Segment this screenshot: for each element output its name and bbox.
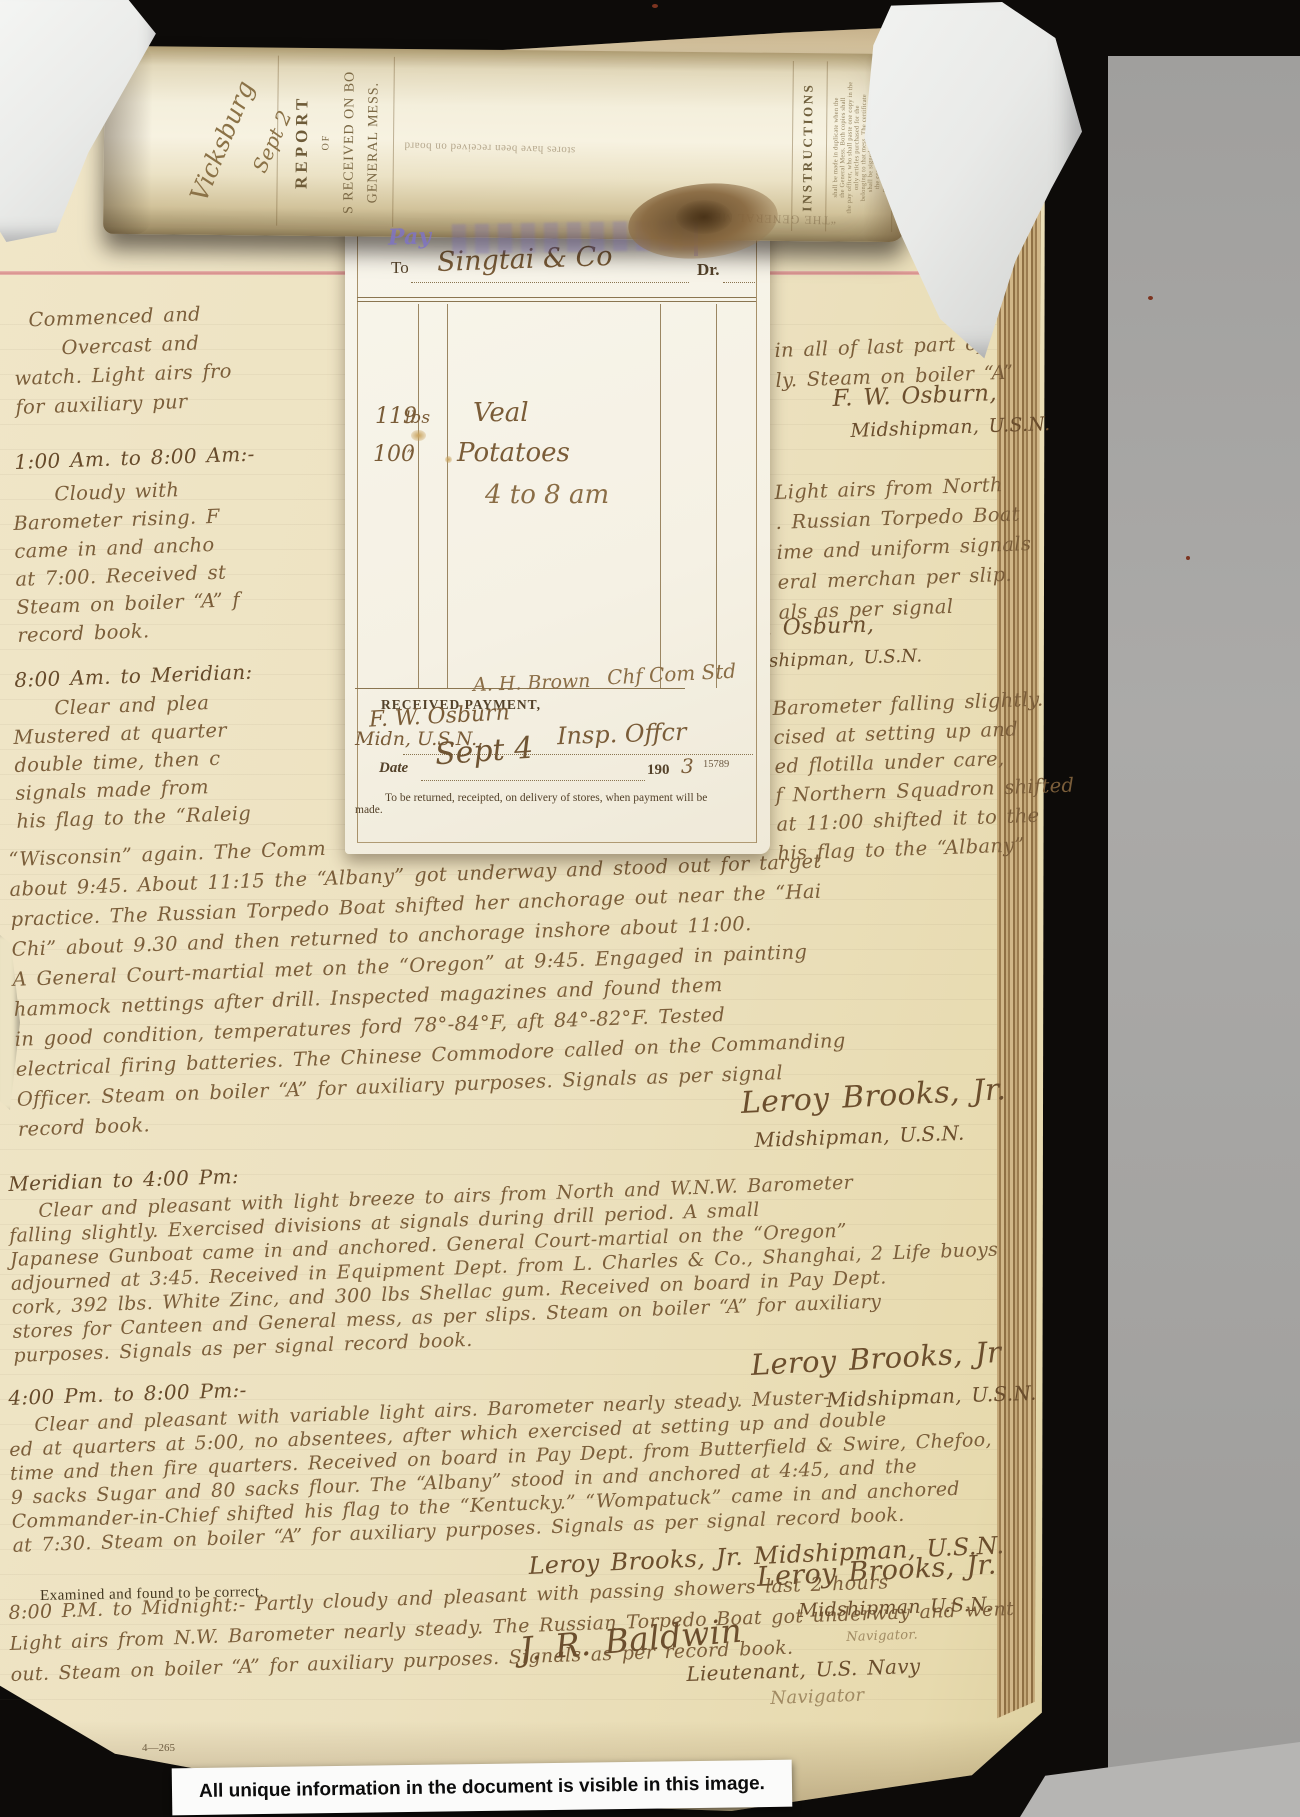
receipt-dr-line (723, 256, 755, 283)
ink-blot-core (676, 200, 732, 234)
report-of: OF (320, 134, 331, 151)
background-speck (1148, 296, 1153, 300)
log-s2-left-column: Clear and pleaMustered at quarterdouble … (12, 685, 337, 836)
logbook-photo: Commenced andOvercast andwatch. Light ai… (0, 0, 1300, 1817)
log-open-left-column: Commenced andOvercast andwatch. Light ai… (12, 295, 336, 422)
report-title: REPORT (292, 95, 313, 189)
annotation-label-text: All unique information in the document i… (199, 1773, 765, 1803)
instructions-text: belonging to that mess. The certificate (860, 94, 868, 201)
receipt-dr-label: Dr. (697, 260, 720, 280)
receipt-item-desc: Veal (473, 398, 529, 428)
roll-reverse-print: stores have been received on board (404, 139, 576, 156)
receipt-item-unit: lbs (405, 408, 430, 428)
receipt-slip: To Singtai & Co Dr. 119 lbs Veal 100 ″ P… (345, 194, 770, 854)
date-value: Sept 4 (434, 731, 534, 773)
roll-rule (791, 61, 794, 231)
report-line-general-mess: GENERAL MESS. (365, 82, 382, 204)
page-form-number: 4—265 (142, 1742, 175, 1754)
roll-rule (392, 57, 395, 227)
roll-rule (825, 61, 828, 231)
instructions-heading: INSTRUCTIONS (799, 83, 816, 212)
log-s1-right-column: Light airs from North. Russian Torpedo B… (774, 470, 1019, 628)
receipt-stain (445, 456, 452, 463)
report-line-received: S RECEIVED ON BO (341, 71, 358, 214)
year-digit: 3 (681, 754, 694, 778)
receipt-item-desc: Potatoes (457, 438, 570, 468)
roll-handwriting-date: Sept 2 (247, 107, 296, 177)
receipt-stain (411, 430, 426, 441)
receipt-to-label: To (391, 258, 409, 278)
receipt-serial: 15789 (703, 759, 729, 770)
receipt-column-line (418, 304, 419, 688)
receipt-column-line (660, 304, 661, 688)
receipt-double-rule (357, 297, 756, 298)
background-gray-panel (1108, 56, 1300, 1817)
year-printed: 190 (647, 762, 670, 779)
receipt-double-rule (357, 301, 756, 302)
signature-role: Navigator (770, 1685, 865, 1709)
rolled-report-form: Vicksburg Sept 2 REPORT OF S RECEIVED ON… (103, 46, 907, 242)
receipt-column-line (447, 304, 448, 688)
receipt-column-line (716, 304, 717, 688)
annotation-label: All unique information in the document i… (172, 1760, 793, 1816)
receipt-footnote: To be returned, receipted, on delivery o… (355, 792, 735, 816)
receipt-bottom-frame (357, 842, 756, 843)
background-speck (1186, 556, 1190, 560)
background-speck (652, 4, 658, 8)
signature-role: Navigator. (846, 1627, 918, 1644)
receipt-item-unit: ″ (407, 446, 413, 465)
receipt-time-note: 4 to 8 am (485, 480, 609, 510)
log-s3-paragraph: Clear and pleasant with light breeze to … (8, 1165, 1023, 1368)
pay-stamp-text: Pay (388, 223, 432, 250)
date-label: Date (379, 760, 408, 777)
steward-signature: A. H. Brown (473, 670, 591, 696)
roll-handwriting-ship: Vicksburg (184, 77, 260, 206)
log-s1-left-column: Cloudy withBarometer rising. Fcame in an… (12, 471, 338, 650)
